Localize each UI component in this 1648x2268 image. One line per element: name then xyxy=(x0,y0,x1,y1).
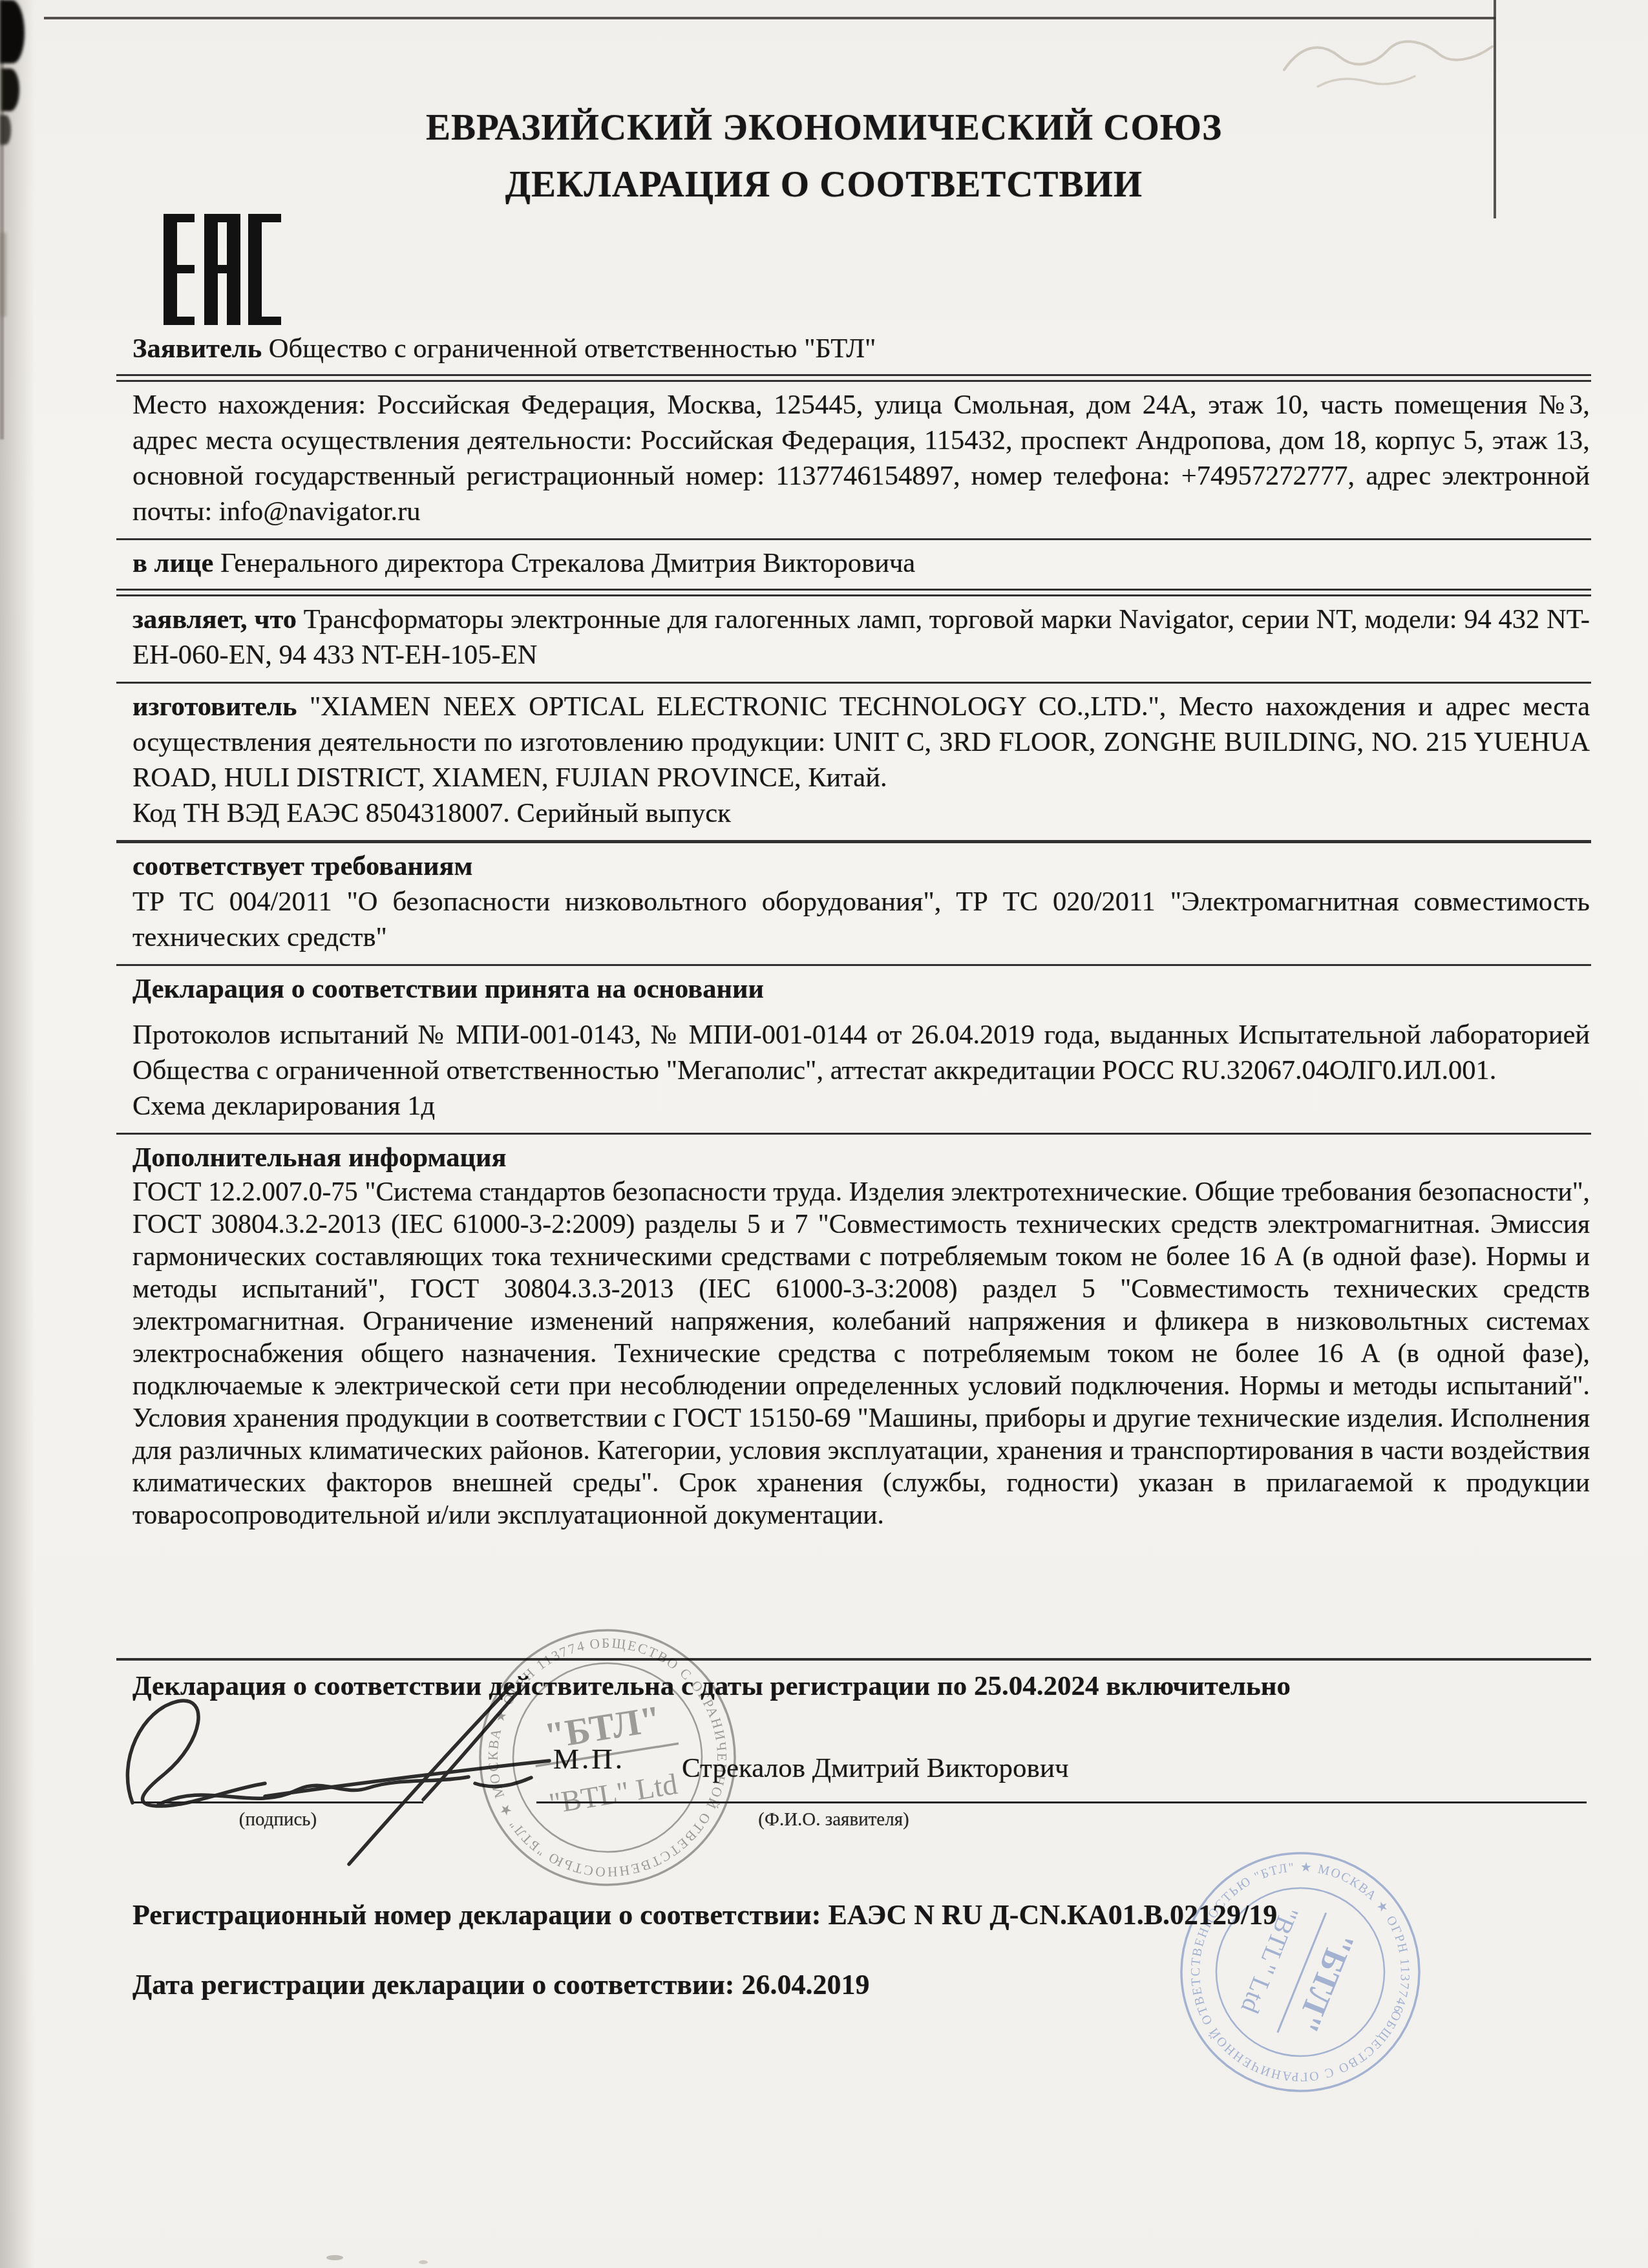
scheme-line: Схема декларирования 1д xyxy=(132,1088,1590,1124)
name-line xyxy=(536,1801,1587,1803)
declares-value: Трансформаторы электронные для галогенны… xyxy=(132,604,1590,670)
basis-heading: Декларация о соответствии принята на осн… xyxy=(132,971,1590,1007)
scan-top-border-line xyxy=(44,17,1495,19)
scan-speck xyxy=(326,2255,343,2260)
applicant-value: Общество с ограниченной ответственностью… xyxy=(269,333,876,364)
divider xyxy=(116,682,1591,684)
complies-heading: соответствует требованиям xyxy=(132,848,1590,884)
divider xyxy=(116,1133,1591,1135)
stamp-place-note: М.П. xyxy=(553,1742,625,1776)
applicant-label: Заявитель xyxy=(132,333,262,364)
svg-text:ОБЩЕСТВО С ОГРАНИЧЕННОЙ ОТВЕТС: ОБЩЕСТВО С ОГРАНИЧЕННОЙ ОТВЕТСТВЕННОСТЬЮ… xyxy=(1155,1827,1446,2118)
pencil-scribble xyxy=(1276,27,1522,105)
document-page: ЕВРАЗИЙСКИЙ ЭКОНОМИЧЕСКИЙ СОЮЗ ДЕКЛАРАЦИ… xyxy=(0,0,1648,2268)
name-caption: (Ф.И.О. заявителя) xyxy=(698,1809,969,1831)
company-stamp-blue: ОБЩЕСТВО С ОГРАНИЧЕННОЙ ОТВЕТСТВЕННОСТЬЮ… xyxy=(1132,1804,1469,2141)
declares-line: заявляет, что Трансформаторы электронные… xyxy=(132,602,1590,673)
page-title-line1: ЕВРАЗИЙСКИЙ ЭКОНОМИЧЕСКИЙ СОЮЗ xyxy=(0,100,1648,156)
page-title-line2: ДЕКЛАРАЦИЯ О СООТВЕТСТВИИ xyxy=(0,156,1648,213)
document-body: Заявитель Общество с ограниченной ответс… xyxy=(132,331,1590,1531)
manufacturer-label: изготовитель xyxy=(132,691,297,722)
manufacturer-value: "XIAMEN NEEX OPTICAL ELECTRONIC TECHNOLO… xyxy=(132,691,1590,793)
signature-caption: (подпись) xyxy=(168,1809,388,1831)
representative-line: в лице Генерального директора Стрекалова… xyxy=(132,545,1590,581)
manufacturer-line: изготовитель "XIAMEN NEEX OPTICAL ELECTR… xyxy=(132,689,1590,795)
divider xyxy=(116,538,1591,540)
scan-left-edge-shadow xyxy=(0,0,35,2268)
applicant-name: Стрекалов Дмитрий Викторович xyxy=(682,1752,1069,1784)
divider xyxy=(116,589,1591,596)
applicant-address: Место нахождения: Российская Федерация, … xyxy=(132,387,1590,529)
complies-text: ТР ТС 004/2011 "О безопасности низковоль… xyxy=(132,884,1590,955)
divider xyxy=(116,840,1591,843)
scan-left-edge-line xyxy=(0,0,4,439)
representative-label: в лице xyxy=(132,548,213,578)
stamp-company-latin: "BTL" Ltd xyxy=(1236,1902,1305,2017)
scan-speck xyxy=(419,2260,428,2264)
divider xyxy=(116,374,1591,382)
declares-label: заявляет, что xyxy=(132,604,297,635)
applicant-line: Заявитель Общество с ограниченной ответс… xyxy=(132,331,1590,366)
representative-value: Генерального директора Стрекалова Дмитри… xyxy=(220,548,915,578)
divider xyxy=(116,964,1591,966)
scan-smudge xyxy=(0,233,6,317)
basis-text: Протоколов испытаний № МПИ-001-0143, № М… xyxy=(132,1017,1590,1088)
eac-logo-glyphs xyxy=(164,214,281,325)
scan-corner-blob xyxy=(0,0,25,63)
additional-text: ГОСТ 12.2.007.0-75 "Система стандартов б… xyxy=(132,1175,1590,1531)
eac-logo: ЕАС xyxy=(164,214,281,325)
stamp-center: "БТЛ" "BTL" Ltd xyxy=(1232,1895,1366,2049)
stamp-ring-text: ОБЩЕСТВО С ОГРАНИЧЕННОЙ ОТВЕТСТВЕННОСТЬЮ… xyxy=(1155,1827,1446,2118)
tnved-line: Код ТН ВЭД ЕАЭС 8504318007. Серийный вып… xyxy=(132,795,1590,831)
page-title: ЕВРАЗИЙСКИЙ ЭКОНОМИЧЕСКИЙ СОЮЗ ДЕКЛАРАЦИ… xyxy=(0,100,1648,213)
additional-heading: Дополнительная информация xyxy=(132,1140,1590,1175)
signature-line xyxy=(134,1801,423,1803)
